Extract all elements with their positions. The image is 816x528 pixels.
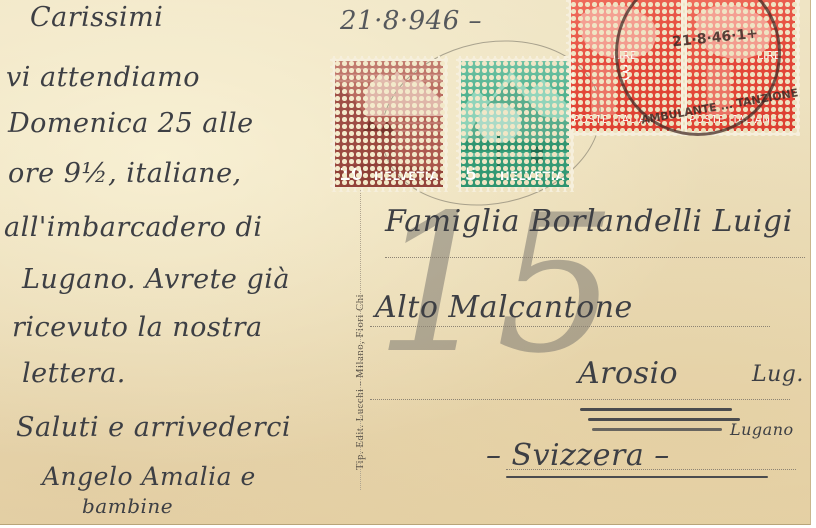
country-underline: [506, 476, 768, 478]
address-line-name: Famiglia Borlandelli Luigi: [385, 204, 793, 239]
signature-line: bambine: [82, 494, 173, 518]
address-dotted-line: [506, 469, 796, 470]
town-underline: [588, 418, 740, 421]
address-dotted-line: [385, 257, 805, 258]
postcard-back: Carissimi vi attendiamo Domenica 25 alle…: [0, 0, 811, 525]
stamp-helvetia-5: 5 HELVETIA: [456, 56, 574, 192]
address-dotted-line: [370, 399, 790, 400]
message-line: Carissimi: [30, 2, 163, 33]
message-line: lettera.: [22, 358, 126, 389]
address-dotted-line: [370, 326, 770, 327]
address-line-country: – Svizzera –: [486, 438, 670, 473]
address-annotation-lug: Lug.: [752, 362, 804, 387]
message-line: Saluti e arrivederci: [16, 412, 291, 443]
town-underline: [592, 428, 722, 431]
address-line-town: Arosio: [578, 356, 678, 391]
date-written: 21·8·946 –: [340, 6, 482, 36]
message-line: Domenica 25 alle: [8, 108, 254, 139]
message-line: vi attendiamo: [6, 62, 200, 93]
message-line: Lugano. Avrete già: [22, 264, 290, 295]
signature-line: Angelo Amalia e: [42, 462, 256, 491]
stamp-value: 10: [339, 165, 363, 185]
address-annotation-lugano: Lugano: [730, 420, 794, 439]
message-line: all'imbarcadero di: [4, 212, 262, 243]
message-line: ricevuto la nostra: [12, 312, 263, 343]
address-line-district: Alto Malcantone: [375, 290, 633, 325]
town-underline: [580, 408, 732, 411]
divider-line: [360, 190, 361, 490]
stamp-helvetia-10: 10 HELVETIA: [330, 56, 448, 192]
message-line: ore 9½, italiane,: [8, 158, 242, 189]
